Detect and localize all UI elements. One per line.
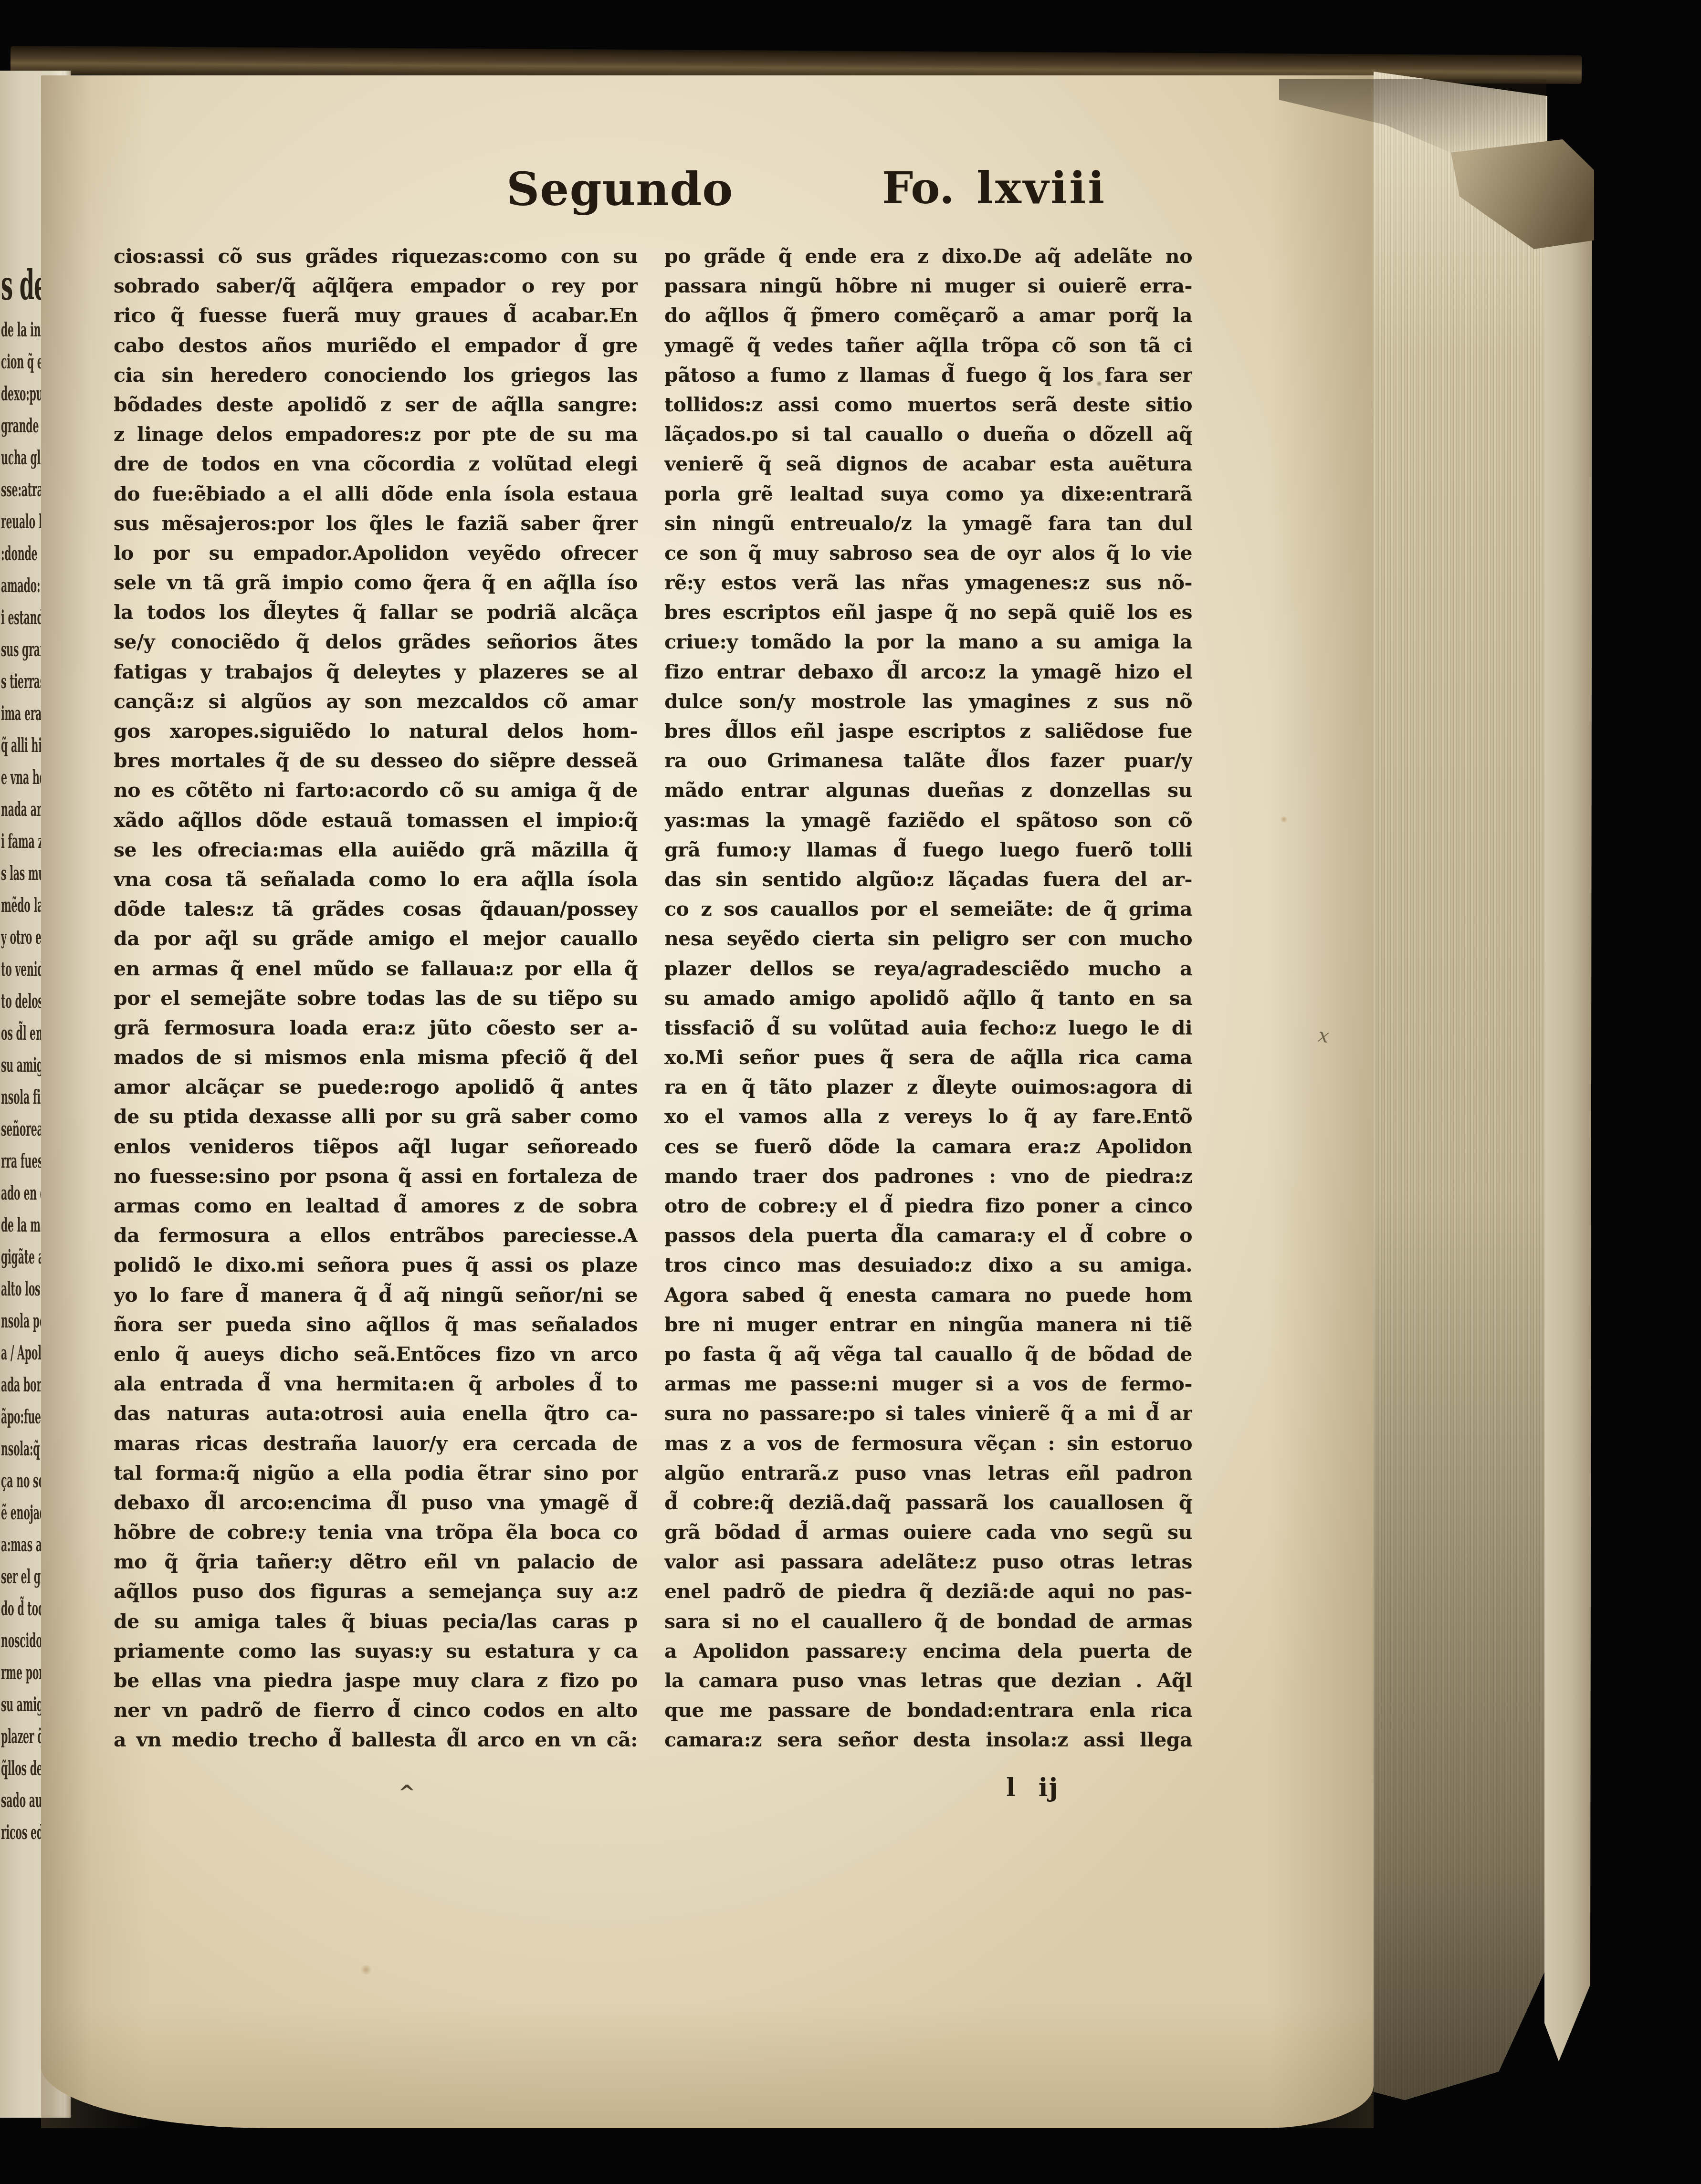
text-line: do fue:ẽbiado a el alli dõde enla ísola …	[114, 479, 638, 509]
text-line: aq̃llos puso dos figuras a semejança suy…	[114, 1577, 638, 1606]
text-line: ra en q̃ tãto plazer z d̃leyte ouimos:ag…	[664, 1072, 1192, 1102]
text-line: cios:assi cõ sus grãdes riquezas:como co…	[114, 241, 638, 271]
text-column-left: cios:assi cõ sus grãdes riquezas:como co…	[114, 241, 638, 1755]
paper-stain	[360, 1965, 372, 1975]
text-line: tissfaciõ d̃ su volũtad auia fecho:z lue…	[664, 1013, 1192, 1043]
text-line: ces se fuerõ dõde la camara era:z Apolid…	[664, 1132, 1192, 1161]
folio-roman-numeral: lxviii	[976, 162, 1106, 214]
text-line: no es cõtẽto ni farto:acordo cõ su amiga…	[114, 775, 638, 805]
text-line: enel padrõ de piedra q̃ deziã:de aqui no…	[664, 1577, 1192, 1606]
text-line: bres d̃llos eñl jaspe escriptos z saliẽd…	[664, 716, 1192, 746]
text-line: yo lo fare d̃ manera q̃ d̃ aq̃ ningũ señ…	[114, 1280, 638, 1310]
text-line: ra ouo Grimanesa talãte d̃los fazer puar…	[664, 746, 1192, 775]
text-line: gos xaropes.siguiẽdo lo natural delos ho…	[114, 716, 638, 746]
text-line: mãdo entrar algunas dueñas z donzellas s…	[664, 775, 1192, 805]
text-line: mados de si mismos enla misma pfeciõ q̃ …	[114, 1043, 638, 1072]
signature-mark: l ij	[1006, 1773, 1059, 1802]
running-title: Segundo	[506, 162, 733, 216]
text-line: enlo q̃ aueys dicho seã.Entõces fizo vn …	[114, 1339, 638, 1369]
text-line: sus mẽsajeros:por los q̃les le faziã sab…	[114, 509, 638, 538]
text-line: maras ricas destraña lauor/y era cercada…	[114, 1429, 638, 1458]
text-line: d̃ cobre:q̃ deziã.daq̃ passarã los caual…	[664, 1488, 1192, 1517]
text-column-right: po grãde q̃ ende era z dixo.De aq̃ adelã…	[664, 241, 1192, 1755]
fore-edge-page-stack	[1374, 72, 1547, 2108]
text-line: se les ofrecia:mas ella auiẽdo grã mãzil…	[114, 835, 638, 865]
text-line: xo.Mi señor pues q̃ sera de aq̃lla rica …	[664, 1043, 1192, 1072]
text-line: sele vn tã grã impio como q̃era q̃ en aq…	[114, 568, 638, 597]
text-line: hõbre de cobre:y tenia vna trõpa ẽla boc…	[114, 1517, 638, 1547]
text-line: dõde tales:z tã grãdes cosas q̃dauan/pos…	[114, 894, 638, 924]
text-line: po grãde q̃ ende era z dixo.De aq̃ adelã…	[664, 241, 1192, 271]
text-line: grã fumo:y llamas d̃ fuego luego fuerõ t…	[664, 835, 1192, 865]
text-line: en armas q̃ enel mũdo se fallaua:z por e…	[114, 954, 638, 983]
text-line: la todos los d̃leytes q̃ fallar se podri…	[114, 597, 638, 627]
text-line: grã fermosura loada era:z jũto cõesto se…	[114, 1013, 638, 1043]
text-line: a Apolidon passare:y encima dela puerta …	[664, 1636, 1192, 1666]
text-line: fatigas y trabajos q̃ deleytes y plazere…	[114, 657, 638, 687]
text-line: bres mortales q̃ de su desseo do siẽpre …	[114, 746, 638, 775]
text-line: grã bõdad d̃ armas ouiere cada vno segũ …	[664, 1517, 1192, 1547]
text-line: debaxo d̃l arco:encima d̃l puso vna ymag…	[114, 1488, 638, 1517]
text-line: ymagẽ q̃ vedes tañer aq̃lla trõpa cõ son…	[664, 331, 1192, 360]
text-line: de su amiga tales q̃ biuas pecia/las car…	[114, 1607, 638, 1636]
text-line: su amado amigo apolidõ aq̃llo q̃ tanto e…	[664, 983, 1192, 1013]
text-line: otro de cobre:y el d̃ piedra fizo poner …	[664, 1191, 1192, 1221]
text-line: ñora ser pueda sino aq̃llos q̃ mas señal…	[114, 1310, 638, 1339]
text-line: plazer dellos se reya/agradesciẽdo mucho…	[664, 954, 1192, 983]
text-line: armas me passe:ni muger si a vos de ferm…	[664, 1369, 1192, 1399]
text-line: tollidos:z assi como muertos serã deste …	[664, 390, 1192, 419]
photo-background: s de gau de la insola firmecion q̃ eosa …	[0, 0, 1701, 2184]
paper-stain	[1096, 381, 1102, 387]
text-line: vna cosa tã señalada como lo era aq̃lla …	[114, 865, 638, 894]
text-line: venierẽ q̃ seã dignos de acabar esta auẽ…	[664, 449, 1192, 479]
caret-pen-mark: ^	[398, 1781, 416, 1806]
text-line: ala entrada d̃ vna hermita:en q̃ arboles…	[114, 1369, 638, 1399]
text-line: xo el vamos alla z vereys lo q̃ ay fare.…	[664, 1102, 1192, 1131]
text-line: bre ni muger entrar en ningũa manera ni …	[664, 1310, 1192, 1339]
text-line: ner vn padrõ de fierro d̃ cinco codos en…	[114, 1695, 638, 1725]
folio-number: Fo.lxviii	[882, 162, 1106, 214]
text-line: nesa seyẽdo cierta sin peligro ser con m…	[664, 924, 1192, 953]
text-line: amor alcãçar se puede:rogo apolidõ q̃ an…	[114, 1072, 638, 1102]
text-line: mas z a vos de fermosura vẽçan : sin est…	[664, 1429, 1192, 1458]
text-line: dre de todos en vna cõcordia z volũtad e…	[114, 449, 638, 479]
text-line: pãtoso a fumo z llamas d̃ fuego q̃ los f…	[664, 360, 1192, 390]
text-line: priamente como las suyas:y su estatura y…	[114, 1636, 638, 1666]
text-line: passos dela puerta d̃la camara:y el d̃ c…	[664, 1221, 1192, 1250]
text-line: algũo entrarã.z puso vnas letras eñl pad…	[664, 1458, 1192, 1488]
text-line: sura no passare:po si tales vinierẽ q̃ a…	[664, 1399, 1192, 1428]
text-line: armas como en lealtad d̃ amores z de sob…	[114, 1191, 638, 1221]
text-line: que me passare de bondad:entrara enla ri…	[664, 1695, 1192, 1725]
text-line: mando traer dos padrones : vno de piedra…	[664, 1161, 1192, 1191]
paper-stain	[678, 1300, 689, 1308]
text-line: do aq̃llos q̃ p̃mero comẽçarõ a amar por…	[664, 301, 1192, 330]
text-line: de su ptida dexasse alli por su grã sabe…	[114, 1102, 638, 1131]
bottom-page-shadow	[41, 2004, 1374, 2128]
text-line: das naturas auta:otrosi auia enella q̃tr…	[114, 1399, 638, 1428]
text-line: no fuesse:sino por psona q̃ assi en fort…	[114, 1161, 638, 1191]
text-line: rico q̃ fuesse fuerã muy graues d̃ acaba…	[114, 301, 638, 330]
text-line: passara ningũ hõbre ni muger si ouierẽ e…	[664, 271, 1192, 301]
text-line: cabo destos años muriẽdo el empador d̃ g…	[114, 331, 638, 360]
text-line: da por aq̃l su grãde amigo el mejor caua…	[114, 924, 638, 953]
text-line: tros cinco mas desuiado:z dixo a su amig…	[664, 1250, 1192, 1280]
text-line: tal forma:q̃ nigũo a ella podia ẽtrar si…	[114, 1458, 638, 1488]
text-line: camara:z sera señor desta insola:z assi …	[664, 1725, 1192, 1755]
text-line: z linage delos empadores:z por pte de su…	[114, 419, 638, 449]
text-line: sara si no el cauallero q̃ de bondad de …	[664, 1607, 1192, 1636]
text-line: fizo entrar debaxo d̃l arco:z la ymagẽ h…	[664, 657, 1192, 687]
text-line: bõdades deste apolidõ z ser de aq̃lla sa…	[114, 390, 638, 419]
text-line: co z sos cauallos por el semeiãte: de q̃…	[664, 894, 1192, 924]
folio-label: Fo.	[882, 162, 955, 214]
vellum-cover-edge	[1544, 148, 1592, 2061]
text-line: xãdo aq̃llos dõde estauã tomassen el imp…	[114, 805, 638, 835]
text-line: cia sin heredero conociendo los griegos …	[114, 360, 638, 390]
text-line: enlos venideros tiẽpos aq̃l lugar señore…	[114, 1132, 638, 1161]
text-line: cançã:z si algũos ay son mezcaldos cõ am…	[114, 687, 638, 716]
text-line: po fasta q̃ aq̃ vẽga tal cauallo q̃ de b…	[664, 1339, 1192, 1369]
text-line: rẽ:y estos verã las nr̃as ymagenes:z sus…	[664, 568, 1192, 597]
text-line: la camara puso vnas letras que dezian . …	[664, 1666, 1192, 1695]
text-line: porla grẽ lealtad suya como ya dixe:entr…	[664, 479, 1192, 509]
text-line: sin ningũ entreualo/z la ymagẽ fara tan …	[664, 509, 1192, 538]
text-line: ce son q̃ muy sabroso sea de oyr alos q̃…	[664, 538, 1192, 568]
text-line: da fermosura a ellos entrãbos pareciesse…	[114, 1221, 638, 1250]
text-line: sobrado saber/q̃ aq̃lq̃era empador o rey…	[114, 271, 638, 301]
text-line: be ellas vna piedra jaspe muy clara z fi…	[114, 1666, 638, 1695]
text-line: das sin sentido algũo:z lãçadas fuera de…	[664, 865, 1192, 894]
text-line: lãçados.po si tal cauallo o dueña o dõze…	[664, 419, 1192, 449]
text-line: yas:mas la ymagẽ faziẽdo el spãtoso son …	[664, 805, 1192, 835]
text-line: por el semejãte sobre todas las de su ti…	[114, 983, 638, 1013]
text-line: dulce son/y mostrole las ymagines z sus …	[664, 687, 1192, 716]
text-line: Agora sabed q̃ enesta camara no puede ho…	[664, 1280, 1192, 1310]
text-line: lo por su empador.Apolidon veyẽdo ofrece…	[114, 538, 638, 568]
text-line: mo q̃ q̃ria tañer:y dẽtro eñl vn palacio…	[114, 1547, 638, 1577]
text-line: se/y conociẽdo q̃ delos grãdes señorios …	[114, 627, 638, 657]
paper-stain	[1280, 816, 1288, 823]
text-line: polidõ le dixo.mi señora pues q̃ assi os…	[114, 1250, 638, 1280]
book-page: Segundo Fo.lxviii cios:assi cõ sus grãde…	[41, 75, 1374, 2128]
text-line: valor asi passara adelãte:z puso otras l…	[664, 1547, 1192, 1577]
text-line: a vn medio trecho d̃ ballesta d̃l arco e…	[114, 1725, 638, 1755]
text-line: bres escriptos eñl jaspe q̃ no sepã quiẽ…	[664, 597, 1192, 627]
text-line: criue:y tomãdo la por la mano a su amiga…	[664, 627, 1192, 657]
fore-edge-shadow	[1269, 75, 1374, 2128]
